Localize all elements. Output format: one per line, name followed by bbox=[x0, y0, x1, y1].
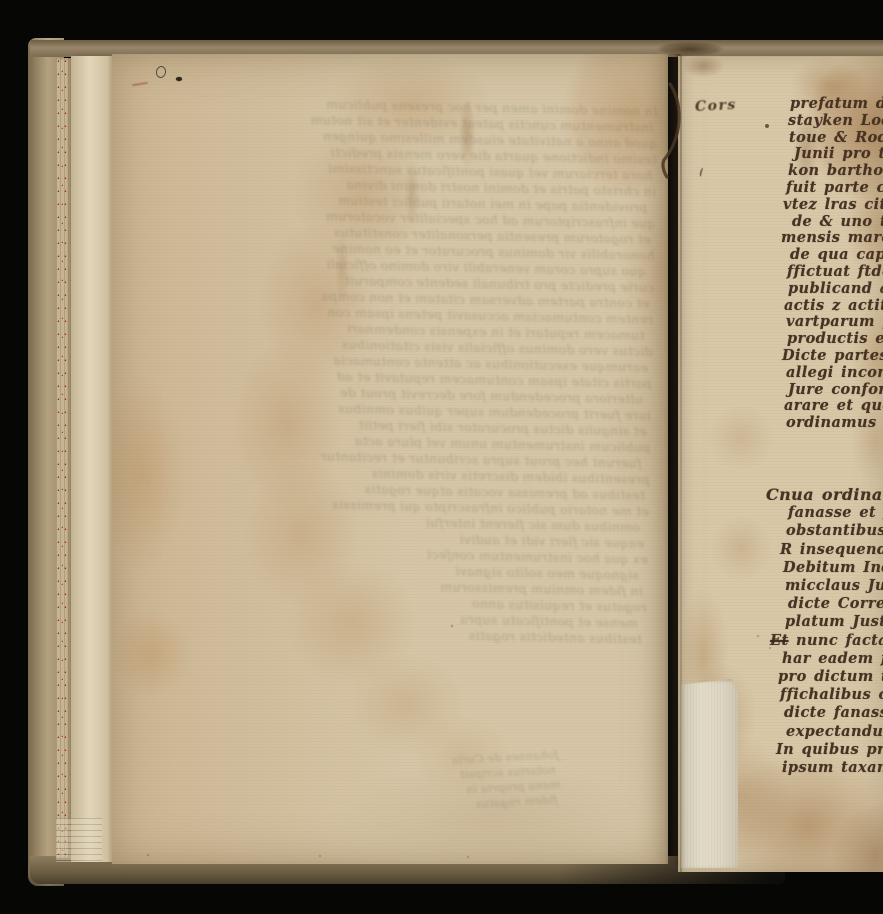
manuscript-line: Junii pro termino bbox=[794, 146, 883, 163]
manuscript-line: ffictuat ftde parti bbox=[787, 264, 883, 281]
manuscript-line: Debitum Inducend bbox=[783, 559, 883, 577]
red-ink-dash-mark bbox=[132, 82, 148, 86]
manuscript-line: actis z actitatis in bbox=[784, 298, 883, 315]
manuscript-line: arare et quarum bbox=[784, 398, 883, 415]
manuscript-line: de qua captura pro bbox=[790, 247, 883, 264]
manuscript-line: prefatum dnm pro bbox=[790, 96, 883, 113]
margin-tick-mark bbox=[699, 168, 706, 178]
manuscript-line: expectandum qua bbox=[786, 723, 883, 741]
manuscript-line: toue & Rodulphi bbox=[789, 130, 883, 147]
manuscript-line: allegi incontrar bbox=[786, 365, 883, 382]
bleed-through-note-cluster: Johannes de Curia notarius scripsitmanu … bbox=[379, 747, 562, 816]
bleed-through-lines: In nomine domini amen per hoc presens pu… bbox=[134, 92, 658, 647]
manuscript-line: dicte Correction bbox=[788, 595, 883, 613]
manuscript-line: In quibus premiss bbox=[776, 741, 883, 759]
manuscript-line: R insequendum de bbox=[780, 541, 883, 559]
red-speckled-fore-edge bbox=[56, 58, 71, 858]
manuscript-line: kon barthonis et bbox=[788, 163, 883, 180]
bleed-through-text-block: In nomine domini amen per hoc presens pu… bbox=[134, 92, 658, 647]
manuscript-line: Et nunc facta rela bbox=[770, 632, 883, 650]
flyleaf-edge-strip bbox=[71, 56, 112, 862]
manuscript-line: vtez lras citatorias bbox=[783, 197, 883, 214]
manuscript-line: dicte fanasse ad bbox=[784, 704, 883, 722]
bleed-through-note-lines: Johannes de Curia notarius scripsitmanu … bbox=[379, 747, 562, 816]
margin-dot-mark bbox=[765, 124, 769, 128]
manuscript-line: micclaus Juramen bbox=[785, 577, 883, 595]
manuscript-line: stayken Lodewici bbox=[788, 113, 883, 130]
manuscript-text-column: prefatum dnm prostayken Lodewicitoue & R… bbox=[788, 96, 883, 777]
open-book: In nomine domini amen per hoc presens pu… bbox=[0, 0, 883, 914]
margin-annotation: Cors bbox=[695, 97, 738, 115]
ink-dot-mark bbox=[176, 77, 182, 81]
struck-word: Et bbox=[770, 632, 789, 649]
manuscript-line: fuit parte contum bbox=[786, 180, 883, 197]
manuscript-line: ffichalibus obser bbox=[780, 686, 883, 704]
manuscript-line: ordinamus proce bbox=[786, 415, 883, 432]
manuscript-line: de & uno testium bbox=[792, 214, 883, 231]
manuscript-line: pro dictum termin bbox=[778, 668, 883, 686]
text-paragraph-1: prefatum dnm prostayken Lodewicitoue & R… bbox=[788, 96, 883, 432]
manuscript-line: vartparum produc bbox=[786, 314, 883, 331]
manuscript-line: Cnua ordinavimus bbox=[766, 486, 883, 504]
manuscript-scan: { "scene": { "description": "Photograph … bbox=[0, 0, 883, 914]
manuscript-line: fanasse et firmiter bbox=[788, 504, 883, 522]
manuscript-line: ipsum taxandum bbox=[782, 759, 883, 777]
manuscript-line: Jure conformiter bbox=[788, 382, 883, 399]
manuscript-line: platum Justicie c bbox=[785, 613, 883, 631]
manuscript-line: mensis marcij anni bbox=[781, 230, 883, 247]
repair-patch bbox=[681, 679, 738, 868]
ink-ring-mark bbox=[155, 65, 167, 79]
manuscript-line: publicand actaque bbox=[788, 281, 883, 298]
page-edge-stack bbox=[56, 818, 102, 862]
manuscript-line: har eadem fuerit bbox=[782, 650, 883, 668]
left-page: In nomine domini amen per hoc presens pu… bbox=[112, 54, 668, 864]
manuscript-line: Dicte partes hinc bbox=[782, 348, 883, 365]
paraph-mark-icon bbox=[650, 78, 684, 188]
text-paragraph-2: Cnua ordinavimusfanasse et firmiterobsta… bbox=[788, 486, 883, 777]
manuscript-line: productis examina bbox=[787, 331, 883, 348]
manuscript-line: obstantibus quibus bbox=[786, 522, 883, 540]
